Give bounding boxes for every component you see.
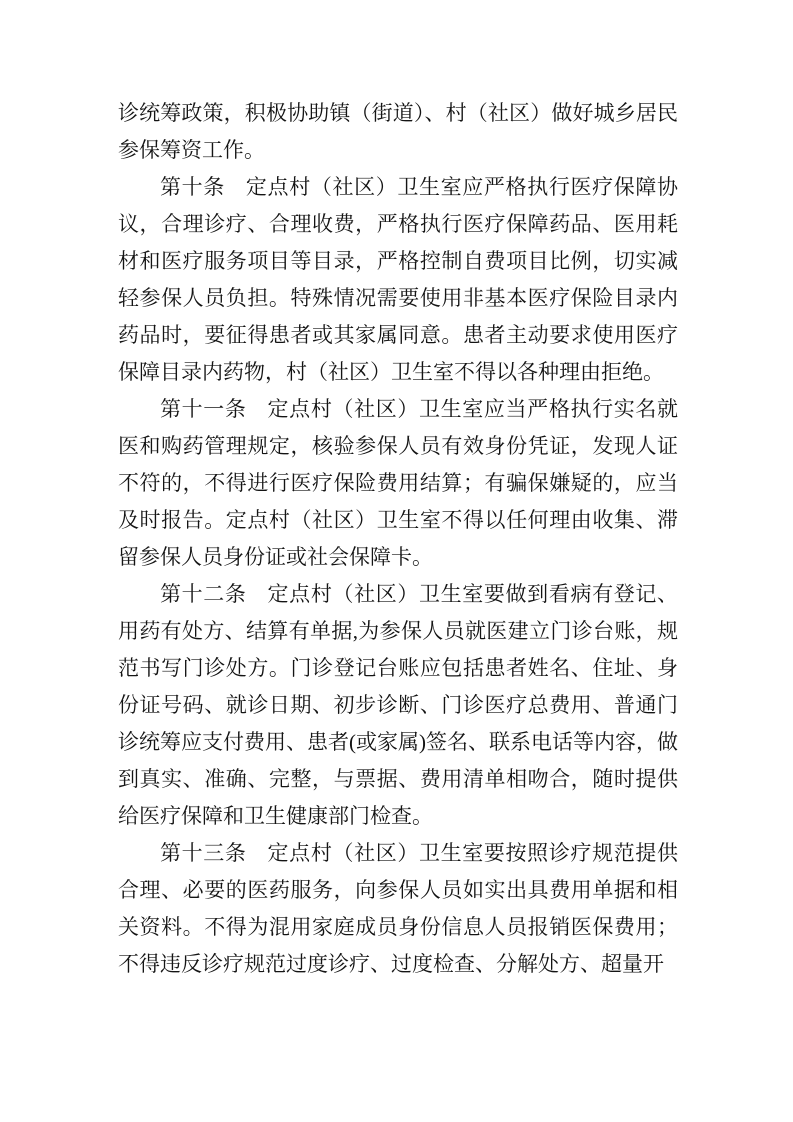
paragraph-continuation: 诊统筹政策，积极协助镇（街道）、村（社区）做好城乡居民参保筹资工作。	[118, 95, 678, 169]
article-number: 第十三条	[160, 841, 247, 865]
article-number: 第十一条	[160, 397, 247, 421]
paragraph-article-12: 第十二条定点村（社区）卫生室要做到看病有登记、用药有处方、结算有单据,为参保人员…	[118, 576, 678, 835]
paragraph-article-10: 第十条定点村（社区）卫生室应严格执行医疗保障协议，合理诊疗、合理收费，严格执行医…	[118, 169, 678, 391]
paragraph-body: 诊统筹政策，积极协助镇（街道）、村（社区）做好城乡居民参保筹资工作。	[118, 101, 678, 162]
paragraph-body: 定点村（社区）卫生室应当严格执行实名就医和购药管理规定，核验参保人员有效身份凭证…	[118, 397, 678, 569]
document-page: 诊统筹政策，积极协助镇（街道）、村（社区）做好城乡居民参保筹资工作。 第十条定点…	[0, 0, 793, 1122]
paragraph-body: 定点村（社区）卫生室应严格执行医疗保障协议，合理诊疗、合理收费，严格执行医疗保障…	[118, 175, 678, 384]
paragraph-article-11: 第十一条定点村（社区）卫生室应当严格执行实名就医和购药管理规定，核验参保人员有效…	[118, 391, 678, 576]
article-number: 第十二条	[160, 582, 247, 606]
text-block: 诊统筹政策，积极协助镇（街道）、村（社区）做好城乡居民参保筹资工作。 第十条定点…	[118, 95, 678, 983]
paragraph-body: 定点村（社区）卫生室要做到看病有登记、用药有处方、结算有单据,为参保人员就医建立…	[118, 582, 678, 828]
article-number: 第十条	[160, 175, 225, 199]
paragraph-article-13: 第十三条定点村（社区）卫生室要按照诊疗规范提供合理、必要的医药服务，向参保人员如…	[118, 835, 678, 983]
